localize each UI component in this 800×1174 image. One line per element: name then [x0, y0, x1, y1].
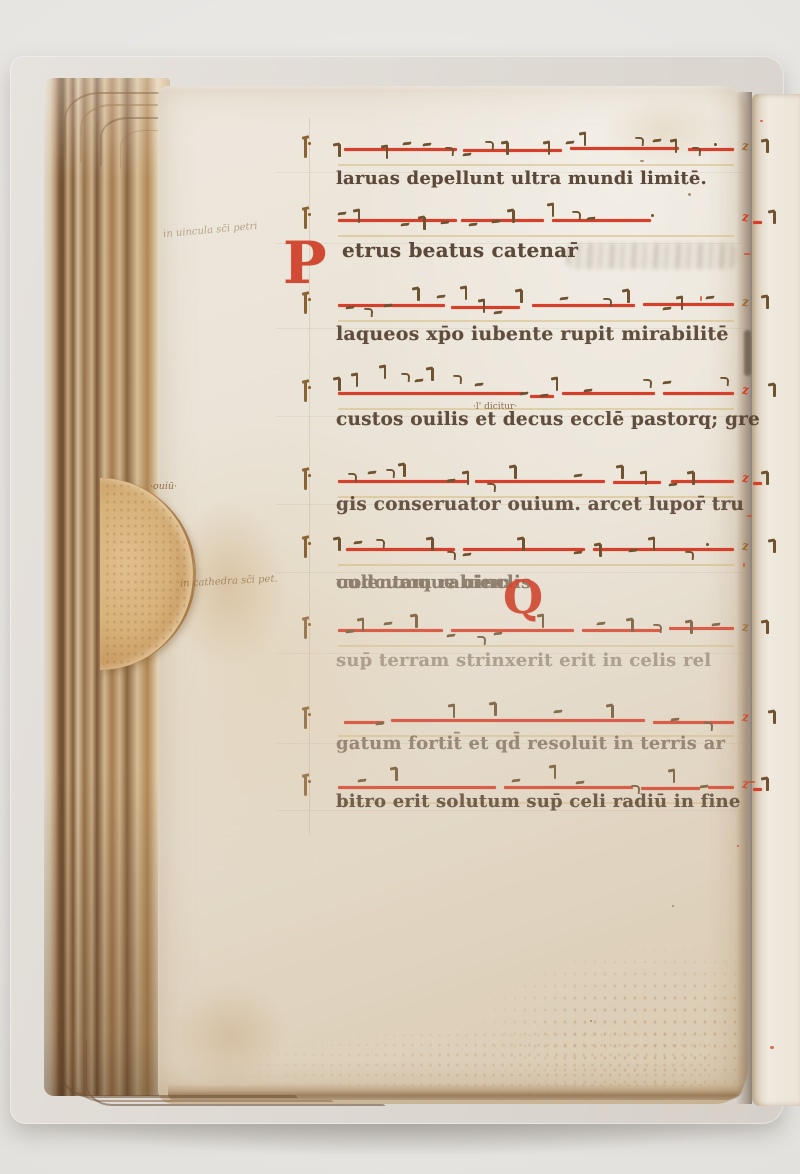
neume: [522, 538, 525, 551]
neume: [512, 779, 521, 783]
neume: [384, 366, 387, 379]
verse-text: custos ouilis et decus ecclē pastorq; gr…: [336, 409, 760, 430]
neume: [571, 211, 580, 220]
neume: [462, 153, 471, 157]
staff-red-line: [346, 548, 455, 551]
neume: [621, 466, 624, 479]
neume: [465, 287, 468, 300]
staff-red-line: [562, 392, 655, 395]
ink-speck: [672, 905, 674, 907]
custos-mark: z: [742, 621, 749, 633]
staff-red-line: [708, 786, 734, 789]
neume: [692, 472, 695, 485]
staff-red-line: [391, 719, 644, 722]
verse-text: laruas depellunt ultra mundi limitē.: [336, 168, 707, 189]
neume: [584, 133, 587, 146]
neume: [573, 474, 582, 478]
neume: [512, 210, 515, 223]
neume: [474, 383, 483, 387]
neume: [338, 378, 341, 391]
staff-red-line: [461, 219, 544, 222]
custos-mark: z: [742, 778, 749, 790]
verse-text: laqueos xp̄o iubente rupit mirabilitē: [336, 323, 729, 345]
staff-red-line: [643, 303, 734, 306]
neume: [403, 464, 406, 477]
neume: [675, 140, 678, 153]
neume: [673, 770, 676, 783]
custos-mark: z: [742, 211, 749, 223]
neume: [445, 147, 454, 156]
neume: [556, 378, 559, 391]
neume: [628, 549, 637, 553]
ink-speck: [590, 1020, 592, 1022]
staff-red-line: [338, 219, 457, 222]
neume: [548, 142, 551, 155]
neume: [476, 636, 485, 645]
neume: [573, 551, 582, 555]
staff-yellow-line: [338, 320, 734, 322]
leaf-edge-arc: [86, 1038, 386, 1106]
music-staff: z: [302, 520, 776, 576]
manuscript-photo: zzzzzzzzz laruas depellunt ultra mundi l…: [0, 0, 800, 1174]
neume: [486, 483, 495, 492]
neume: [652, 139, 661, 143]
neume: [483, 300, 486, 313]
staff-red-line: [582, 629, 661, 632]
ink-speck: [747, 515, 752, 517]
neume: [338, 538, 341, 551]
neume: [690, 621, 693, 634]
neume: [494, 703, 497, 716]
neume: [627, 290, 630, 303]
staff-yellow-line: [338, 235, 734, 237]
neume: [484, 141, 493, 150]
neume: [395, 768, 398, 781]
neume: [356, 374, 359, 387]
neume: [453, 375, 462, 384]
custos-mark: z: [742, 296, 749, 308]
verse-text: sup̄ terram strinxerit erit in celis rel: [336, 650, 711, 671]
neume: [345, 306, 354, 310]
clef-mark: [304, 619, 307, 639]
neume: [494, 632, 503, 636]
neume: [462, 553, 471, 557]
neume: [345, 630, 354, 634]
staff-red-line: [344, 148, 457, 151]
staff-yellow-line: [338, 564, 734, 566]
staff-red-line: [451, 306, 520, 309]
neume: [348, 473, 357, 482]
staff-red-line: [338, 786, 496, 789]
custos-mark: z: [742, 472, 749, 484]
neume: [375, 539, 384, 548]
staff-red-line: [653, 721, 734, 724]
neume: [506, 142, 509, 155]
neume: [468, 223, 477, 227]
neume: [415, 615, 418, 628]
neume: [706, 296, 715, 300]
neume: [467, 472, 470, 485]
verse-text: etrus beatus catenar̄: [342, 238, 578, 262]
neume: [436, 295, 445, 299]
neume: [375, 722, 384, 726]
neume: [386, 146, 389, 159]
staff-yellow-line: [338, 164, 734, 166]
neume: [357, 779, 366, 783]
neume: [720, 377, 729, 386]
neume: [383, 622, 392, 626]
neume: [559, 297, 568, 301]
neume: [446, 634, 455, 638]
neume: [338, 144, 341, 157]
staff-red-line: [338, 392, 524, 395]
staff-red-line: [451, 629, 574, 632]
neume: [385, 469, 394, 478]
neume: [337, 212, 346, 216]
custos-mark: z: [742, 140, 749, 152]
staff-red-line: [641, 787, 700, 790]
verse-text: gatum fortit̄ et qd̄ resoluit in terris …: [336, 733, 725, 754]
ink-speck: [770, 1046, 774, 1049]
staff-red-line: [463, 149, 562, 152]
clef-mark: [304, 209, 307, 229]
neume: [575, 781, 584, 785]
clef-mark: [304, 776, 307, 796]
staff-red-line: [593, 548, 734, 551]
clef-mark: [304, 709, 307, 729]
staff-red-line: [669, 627, 734, 630]
clef-mark: [304, 470, 307, 490]
neume: [431, 538, 434, 551]
neume: [431, 368, 434, 381]
neume: [704, 722, 713, 731]
neume: [643, 379, 652, 388]
neume: [440, 221, 449, 225]
neume: [494, 311, 503, 315]
staff-red-line: [671, 480, 734, 483]
neume: [684, 551, 693, 560]
clef-mark: [304, 538, 307, 558]
custos-mark: z: [742, 711, 749, 723]
neume: [611, 705, 614, 718]
custos-mark: z: [742, 384, 749, 396]
staff-red-line: [475, 480, 606, 483]
neume: [662, 381, 671, 385]
neume: [603, 298, 612, 307]
neume: [653, 538, 656, 551]
neume: [447, 551, 456, 560]
neume: [668, 483, 677, 487]
neume: [554, 766, 557, 779]
neume: [362, 619, 365, 632]
ink-speck: [737, 845, 739, 847]
neume: [423, 217, 426, 230]
neume: [692, 147, 701, 156]
staff-red-line: [552, 219, 651, 222]
rubricated-initial-q: Q: [503, 574, 543, 620]
marginal-note: ·ouiū·: [150, 481, 177, 492]
neume: [631, 619, 634, 632]
rubricated-initial-p: P: [283, 234, 327, 292]
neume: [519, 392, 528, 396]
neume: [401, 223, 410, 227]
neume: [367, 471, 376, 475]
neume: [635, 137, 644, 146]
neume: [706, 543, 709, 546]
neume: [514, 466, 517, 479]
clef-mark: [304, 382, 307, 402]
neume: [651, 214, 654, 217]
neume: [599, 544, 602, 557]
neume: [417, 288, 420, 301]
clef-mark: [304, 294, 307, 314]
neume: [565, 141, 574, 145]
staff-red-line: [532, 304, 635, 307]
ink-speck: [744, 253, 751, 255]
custos-mark: z: [742, 540, 749, 552]
neume: [401, 373, 410, 382]
neume: [597, 622, 606, 626]
neume: [662, 307, 671, 311]
staff-red-line: [570, 147, 679, 150]
neume: [364, 308, 373, 317]
neume: [492, 220, 501, 224]
neume: [403, 142, 412, 146]
neume: [520, 290, 523, 303]
neume: [358, 210, 361, 223]
verse-text: gis conseruator ouium. arcet lupor̄ tru: [336, 494, 744, 515]
staff-red-line: [504, 786, 633, 789]
neume: [653, 624, 662, 633]
neume: [383, 304, 392, 308]
neume: [714, 143, 717, 146]
neume: [415, 379, 424, 383]
neume: [681, 297, 684, 310]
verse-text: bitro erit solutum sup̄ celi radiū in fi…: [336, 791, 741, 812]
neume: [712, 623, 721, 627]
clef-mark: [304, 138, 307, 158]
neume: [553, 710, 562, 714]
neume: [422, 143, 431, 147]
staff-red-line: [663, 392, 734, 395]
neume: [353, 541, 362, 545]
neume: [453, 705, 456, 718]
interlinear-gloss: ·l' dicitur·: [473, 402, 517, 412]
staff-yellow-line: [338, 645, 734, 647]
staff-red-line: [613, 481, 661, 484]
neume: [552, 204, 555, 217]
